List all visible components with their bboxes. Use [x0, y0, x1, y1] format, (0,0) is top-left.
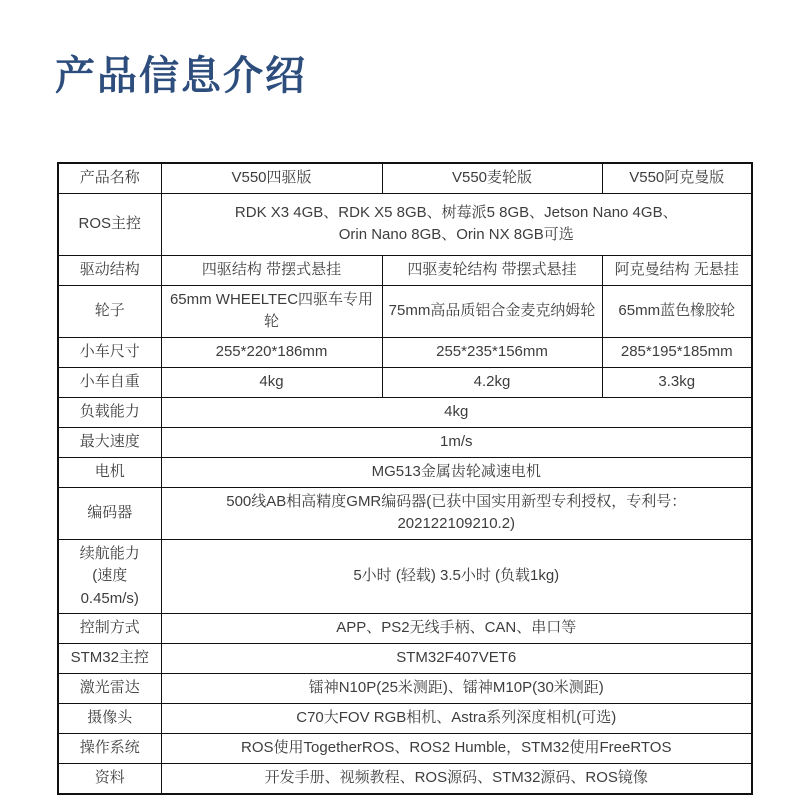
row-label-drive-structure: 驱动结构 [58, 255, 161, 285]
cell-dimensions-mecanum: 255*235*156mm [382, 337, 602, 367]
row-label-operating-system: 操作系统 [58, 734, 161, 764]
row-label-ros-controller: ROS主控 [58, 193, 161, 255]
cell-drive-structure-ackermann: 阿克曼结构 无悬挂 [602, 255, 752, 285]
cell-wheels-mecanum: 75mm高品质铝合金麦克纳姆轮 [382, 285, 602, 337]
row-stm32-controller: STM32主控 STM32F407VET6 [58, 644, 752, 674]
cell-product-name-ackermann: V550阿克曼版 [602, 163, 752, 193]
cell-encoder: 500线AB相高精度GMR编码器(已获中国实用新型专利授权，专利号：202122… [161, 487, 752, 539]
row-max-speed: 最大速度 1m/s [58, 427, 752, 457]
row-label-control-methods: 控制方式 [58, 614, 161, 644]
cell-stm32-controller: STM32F407VET6 [161, 644, 752, 674]
row-control-methods: 控制方式 APP、PS2无线手柄、CAN、串口等 [58, 614, 752, 644]
row-encoder: 编码器 500线AB相高精度GMR编码器(已获中国实用新型专利授权，专利号：20… [58, 487, 752, 539]
spec-table: 产品名称 V550四驱版 V550麦轮版 V550阿克曼版 ROS主控 RDK … [57, 162, 753, 795]
cell-drive-structure-mecanum: 四驱麦轮结构 带摆式悬挂 [382, 255, 602, 285]
row-payload: 负载能力 4kg [58, 397, 752, 427]
row-dimensions: 小车尺寸 255*220*186mm 255*235*156mm 285*195… [58, 337, 752, 367]
cell-wheels-4wd: 65mm WHEELTEC四驱车专用轮 [161, 285, 382, 337]
cell-ros-controller: RDK X3 4GB、RDK X5 8GB、树莓派5 8GB、Jetson Na… [161, 193, 752, 255]
row-label-stm32-controller: STM32主控 [58, 644, 161, 674]
cell-camera: C70大FOV RGB相机、Astra系列深度相机(可选) [161, 704, 752, 734]
cell-weight-mecanum: 4.2kg [382, 367, 602, 397]
row-motor: 电机 MG513金属齿轮减速电机 [58, 457, 752, 487]
row-label-lidar: 激光雷达 [58, 674, 161, 704]
row-materials: 资料 开发手册、视频教程、ROS源码、STM32源码、ROS镜像 [58, 764, 752, 794]
cell-weight-4wd: 4kg [161, 367, 382, 397]
cell-lidar: 镭神N10P(25米测距)、镭神M10P(30米测距) [161, 674, 752, 704]
cell-wheels-ackermann: 65mm蓝色橡胶轮 [602, 285, 752, 337]
row-wheels: 轮子 65mm WHEELTEC四驱车专用轮 75mm高品质铝合金麦克纳姆轮 6… [58, 285, 752, 337]
cell-control-methods: APP、PS2无线手柄、CAN、串口等 [161, 614, 752, 644]
row-label-battery-life: 续航能力 (速度0.45m/s) [58, 539, 161, 614]
row-label-wheels: 轮子 [58, 285, 161, 337]
page-title: 产品信息介绍 [55, 52, 307, 100]
row-weight: 小车自重 4kg 4.2kg 3.3kg [58, 367, 752, 397]
cell-battery-life: 5小时 (轻载) 3.5小时 (负载1kg) [161, 539, 752, 614]
row-label-materials: 资料 [58, 764, 161, 794]
cell-motor: MG513金属齿轮减速电机 [161, 457, 752, 487]
cell-max-speed: 1m/s [161, 427, 752, 457]
row-ros-controller: ROS主控 RDK X3 4GB、RDK X5 8GB、树莓派5 8GB、Jet… [58, 193, 752, 255]
cell-weight-ackermann: 3.3kg [602, 367, 752, 397]
row-label-product-name: 产品名称 [58, 163, 161, 193]
cell-product-name-4wd: V550四驱版 [161, 163, 382, 193]
row-camera: 摄像头 C70大FOV RGB相机、Astra系列深度相机(可选) [58, 704, 752, 734]
row-product-name: 产品名称 V550四驱版 V550麦轮版 V550阿克曼版 [58, 163, 752, 193]
product-info-page: 产品信息介绍 产品名称 V550四驱版 V550麦轮版 V550阿克曼版 ROS… [0, 0, 800, 800]
row-operating-system: 操作系统 ROS使用TogetherROS、ROS2 Humble，STM32使… [58, 734, 752, 764]
cell-dimensions-4wd: 255*220*186mm [161, 337, 382, 367]
row-lidar: 激光雷达 镭神N10P(25米测距)、镭神M10P(30米测距) [58, 674, 752, 704]
row-label-weight: 小车自重 [58, 367, 161, 397]
cell-materials: 开发手册、视频教程、ROS源码、STM32源码、ROS镜像 [161, 764, 752, 794]
row-label-payload: 负载能力 [58, 397, 161, 427]
cell-payload: 4kg [161, 397, 752, 427]
cell-dimensions-ackermann: 285*195*185mm [602, 337, 752, 367]
row-drive-structure: 驱动结构 四驱结构 带摆式悬挂 四驱麦轮结构 带摆式悬挂 阿克曼结构 无悬挂 [58, 255, 752, 285]
row-label-encoder: 编码器 [58, 487, 161, 539]
cell-product-name-mecanum: V550麦轮版 [382, 163, 602, 193]
cell-operating-system: ROS使用TogetherROS、ROS2 Humble，STM32使用Free… [161, 734, 752, 764]
row-label-max-speed: 最大速度 [58, 427, 161, 457]
row-label-motor: 电机 [58, 457, 161, 487]
row-label-camera: 摄像头 [58, 704, 161, 734]
cell-drive-structure-4wd: 四驱结构 带摆式悬挂 [161, 255, 382, 285]
row-label-dimensions: 小车尺寸 [58, 337, 161, 367]
row-battery-life: 续航能力 (速度0.45m/s) 5小时 (轻载) 3.5小时 (负载1kg) [58, 539, 752, 614]
